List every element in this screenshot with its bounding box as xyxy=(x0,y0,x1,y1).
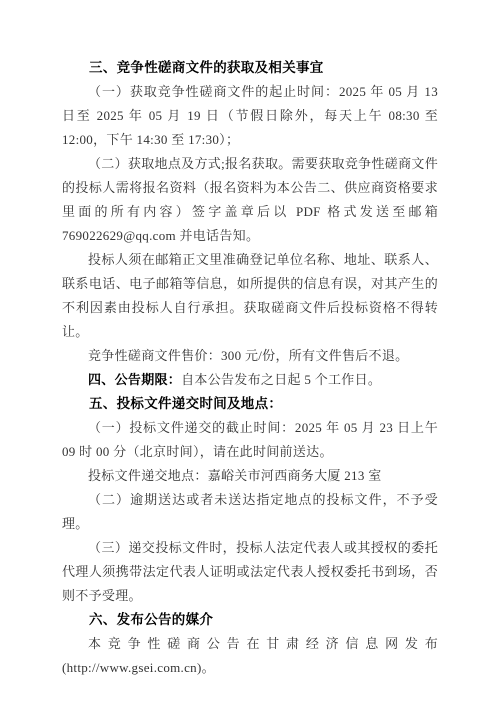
para-submission-location: 投标文件递交地点：嘉峪关市河西商务大厦 213 室 xyxy=(62,464,438,488)
document-page: 三、竞争性磋商文件的获取及相关事宜 （一）获取竞争性磋商文件的起止时间：2025… xyxy=(0,0,500,703)
publish-media-url: (http://www.gsei.com.cn)。 xyxy=(62,656,438,680)
para-late-submission: （二）逾期送达或者未送达指定地点的投标文件，不予受理。 xyxy=(62,488,438,536)
para-publish-media: 本竞争性磋商公告在甘肃经济信息网发布 xyxy=(62,632,438,656)
section-5-heading: 五、投标文件递交时间及地点： xyxy=(62,392,438,416)
section-3-heading: 三、竞争性磋商文件的获取及相关事宜 xyxy=(62,56,438,80)
para-attendance-requirement: （三）递交投标文件时，投标人法定代表人或其授权的委托代理人须携带法定代表人证明或… xyxy=(62,536,438,608)
para-submission-deadline: （一）投标文件递交的截止时间：2025 年 05 月 23 日上午 09 时 0… xyxy=(62,416,438,464)
document-content: 三、竞争性磋商文件的获取及相关事宜 （一）获取竞争性磋商文件的起止时间：2025… xyxy=(62,56,438,680)
para-document-price: 竞争性磋商文件售价：300 元/份，所有文件售后不退。 xyxy=(62,344,438,368)
section-6-heading: 六、发布公告的媒介 xyxy=(62,608,438,632)
para-register-info: 投标人须在邮箱正文里准确登记单位名称、地址、联系人、联系电话、电子邮箱等信息，如… xyxy=(62,248,438,344)
section-4-line: 四、公告期限：自本公告发布之日起 5 个工作日。 xyxy=(62,368,438,392)
para-obtain-time: （一）获取竞争性磋商文件的起止时间：2025 年 05 月 13 日至 2025… xyxy=(62,80,438,152)
para-obtain-method: （二）获取地点及方式;报名获取。需要获取竞争性磋商文件的投标人需将报名资料（报名… xyxy=(62,152,438,248)
section-4-text: 自本公告发布之日起 5 个工作日。 xyxy=(181,372,381,387)
section-4-heading: 四、公告期限： xyxy=(88,372,181,387)
